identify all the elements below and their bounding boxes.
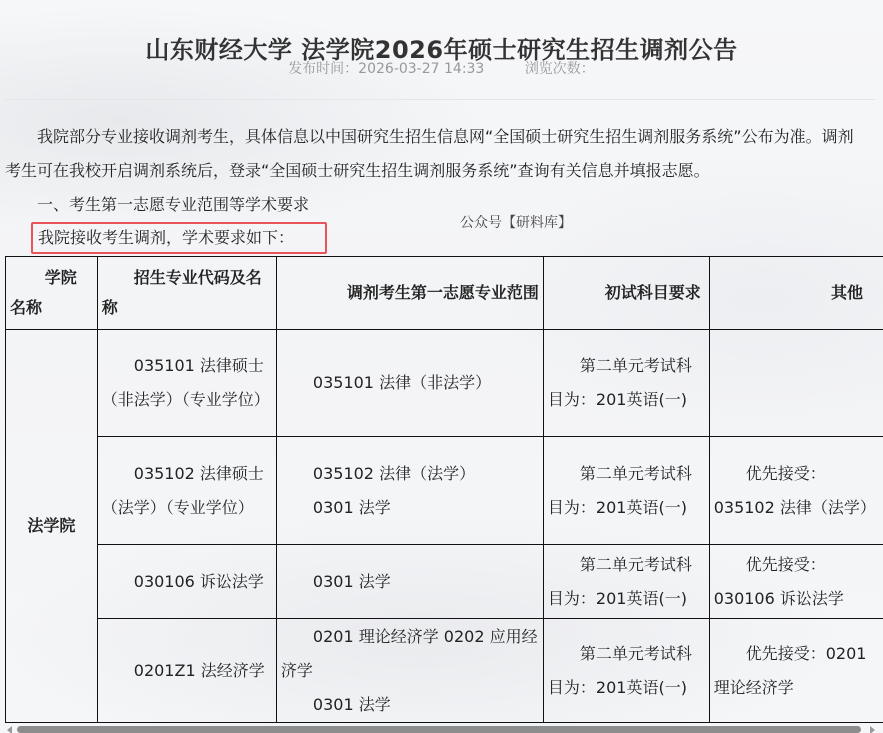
first-choice-line: 035102 法律（法学） [313,457,539,491]
header-other: 其他 [709,257,883,330]
first-choice-line: 0201 理论经济学 0202 应用经济学 [281,620,539,688]
requirements-table: 学院 名称 招生专业代码及名称 调剂考生第一志愿专业范围 初试科目要求 其他 法… [5,256,883,723]
first-choice-line: 0301 法学 [281,688,539,722]
header-first-choice: 调剂考生第一志愿专业范围 [276,257,543,330]
exam-cell: 第二单元考试科目为：201英语(一) [543,619,709,723]
highlighted-text: 我院接收考生调剂，学术要求如下： [38,222,294,254]
publish-time: 发布时间：2026-03-27 14:33 [288,61,484,77]
major-cell: 0201Z1 法经济学 [97,619,276,723]
horizontal-scrollbar[interactable] [5,726,875,733]
exam-cell: 第二单元考试科目为：201英语(一) [543,545,709,619]
scroll-right-arrow-icon[interactable] [870,726,875,733]
header-major: 招生专业代码及名称 [97,257,276,330]
first-choice-cell: 035102 法律（法学） 0301 法学 [276,437,543,545]
major-cell: 030106 诉讼法学 [97,545,276,619]
other-cell [709,330,883,437]
major-cell: 035101 法律硕士（非法学）（专业学位） [97,330,276,437]
table-row: 035102 法律硕士（法学）（专业学位） 035102 法律（法学） 0301… [6,437,883,545]
scrollbar-thumb[interactable] [17,726,861,733]
view-count: 浏览次数： [525,61,595,77]
intro-paragraph: 我院部分专业接收调剂考生，具体信息以中国研究生招生信息网“全国硕士研究生招生调剂… [5,120,865,188]
exam-cell: 第二单元考试科目为：201英语(一) [543,330,709,437]
college-cell: 法学院 [6,330,98,723]
exam-cell: 第二单元考试科目为：201英语(一) [543,437,709,545]
other-cell: 优先接受：035102 法律（法学） [709,437,883,545]
article-meta: 发布时间：2026-03-27 14:33 浏览次数： [0,58,883,78]
table-header-row: 学院 名称 招生专业代码及名称 调剂考生第一志愿专业范围 初试科目要求 其他 [6,257,883,330]
header-college-line1: 学院 [10,263,93,293]
title-divider [5,99,875,100]
header-exam: 初试科目要求 [543,257,709,330]
first-choice-cell: 0201 理论经济学 0202 应用经济学 0301 法学 [276,619,543,723]
first-choice-cell: 0301 法学 [276,545,543,619]
table-row: 030106 诉讼法学 0301 法学 第二单元考试科目为：201英语(一) 优… [6,545,883,619]
other-cell: 优先接受：030106 诉讼法学 [709,545,883,619]
first-choice-cell: 035101 法律（非法学） [276,330,543,437]
table-row: 0201Z1 法经济学 0201 理论经济学 0202 应用经济学 0301 法… [6,619,883,723]
header-college: 学院 名称 [6,257,98,330]
header-college-line2: 名称 [10,293,93,323]
other-cell: 优先接受：0201 理论经济学 [709,619,883,723]
table-row: 法学院 035101 法律硕士（非法学）（专业学位） 035101 法律（非法学… [6,330,883,437]
scroll-left-arrow-icon[interactable] [7,726,12,733]
watermark-text: 公众号【研料库】 [460,212,572,232]
major-cell: 035102 法律硕士（法学）（专业学位） [97,437,276,545]
first-choice-line: 0301 法学 [313,491,539,525]
header-major-text: 招生专业代码及名称 [102,263,272,323]
